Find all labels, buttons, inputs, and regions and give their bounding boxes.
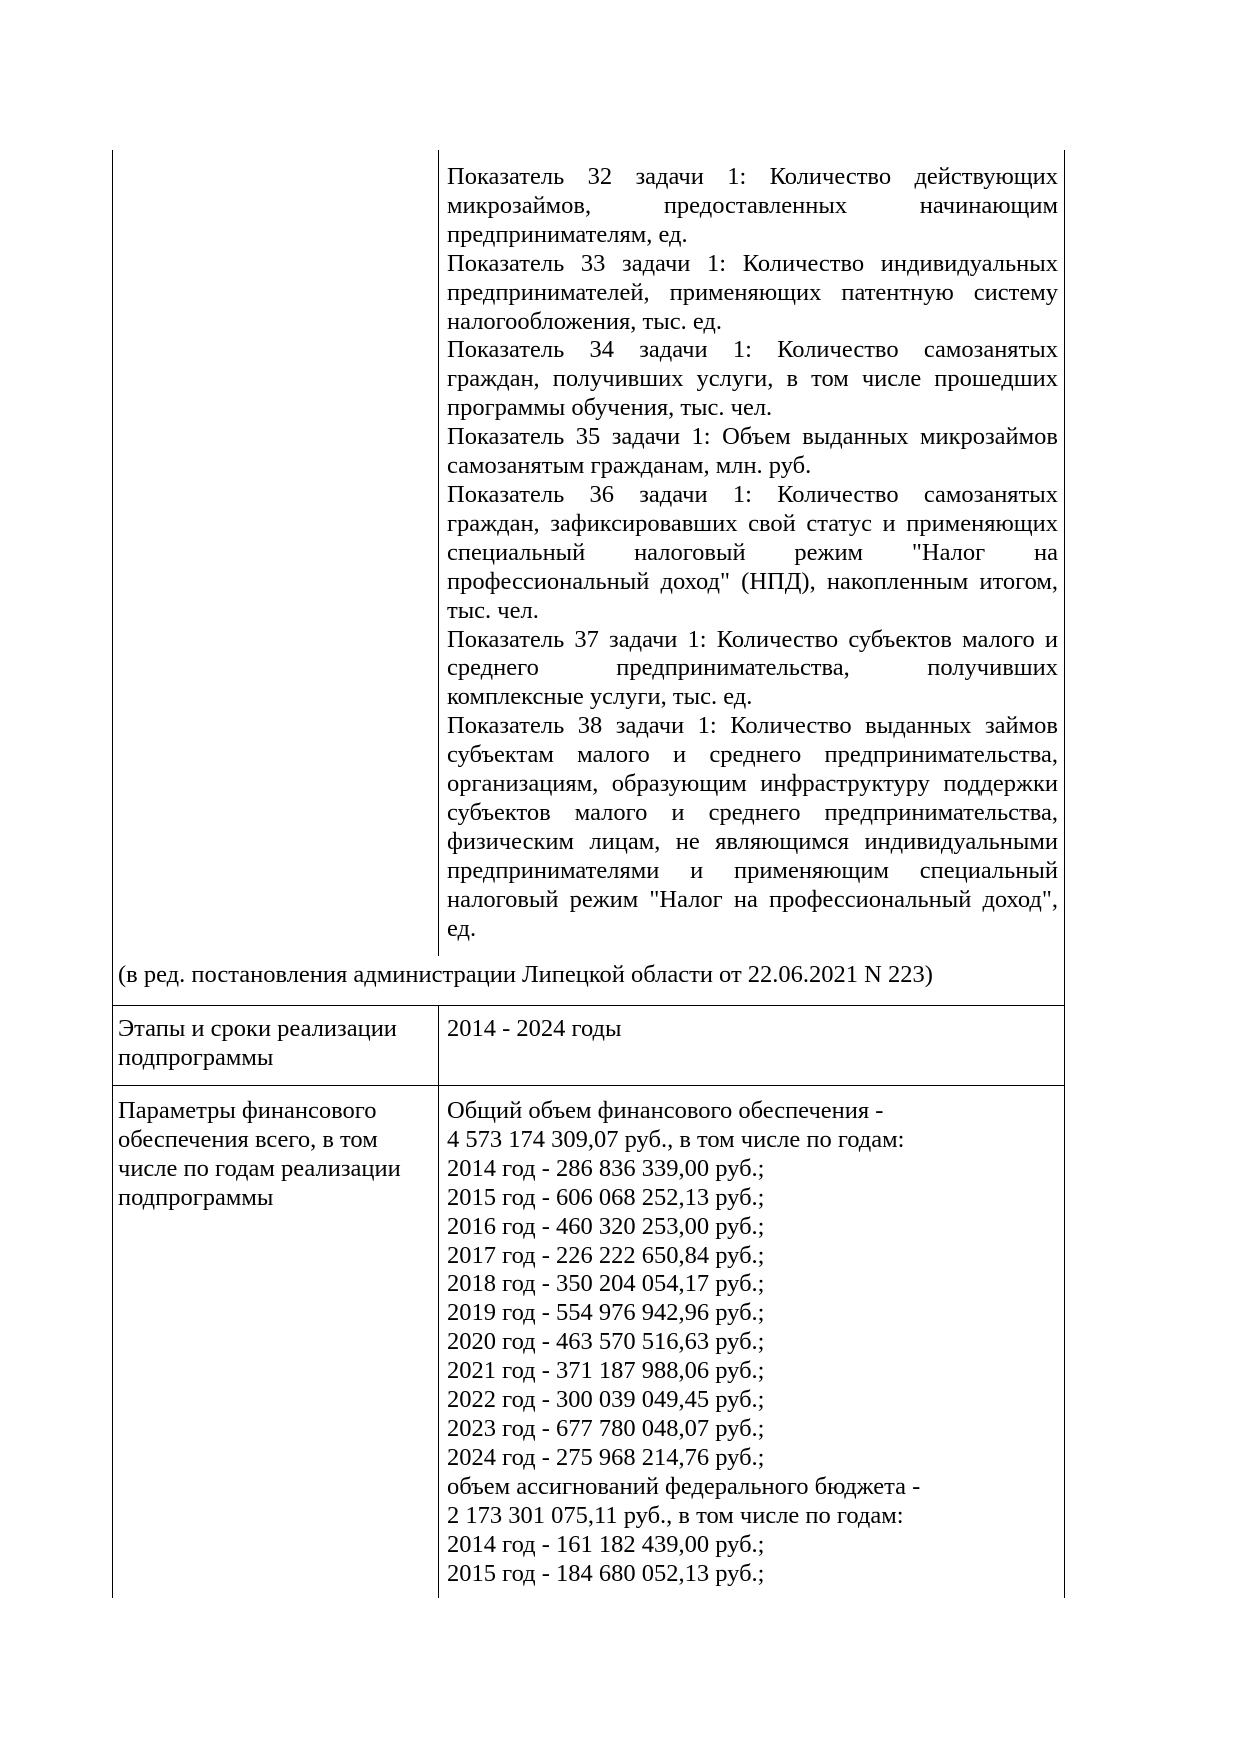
row-divider-2 [112, 1085, 1065, 1086]
indicator-36: Показатель 36 задачи 1: Количество самоз… [447, 481, 1058, 626]
financing-line: 4 573 174 309,07 руб., в том числе по го… [447, 1126, 1058, 1155]
table-border-left [112, 150, 113, 1598]
financing-values: Общий объем финансового обеспечения -4 5… [447, 1097, 1058, 1588]
amendment-note: (в ред. постановления администрации Липе… [118, 961, 1058, 990]
indicator-34: Показатель 34 задачи 1: Количество самоз… [447, 336, 1058, 423]
table-border-right [1064, 150, 1065, 1598]
financing-line: 2018 год - 350 204 054,17 руб.; [447, 1270, 1058, 1299]
financing-line: 2015 год - 184 680 052,13 руб.; [447, 1560, 1058, 1589]
indicator-33: Показатель 33 задачи 1: Количество индив… [447, 250, 1058, 337]
stages-label: Этапы и сроки реализации подпрограммы [118, 1015, 430, 1073]
column-divider-top [438, 150, 439, 956]
indicators-cell: Показатель 32 задачи 1: Количество дейст… [447, 163, 1058, 943]
financing-line: 2019 год - 554 976 942,96 руб.; [447, 1299, 1058, 1328]
financing-label: Параметры финансового обеспечения всего,… [118, 1097, 430, 1213]
indicator-38: Показатель 38 задачи 1: Количество выдан… [447, 712, 1058, 943]
stages-value: 2014 - 2024 годы [447, 1015, 1058, 1044]
financing-line: 2022 год - 300 039 049,45 руб.; [447, 1386, 1058, 1415]
stages-value-line: 2014 - 2024 годы [447, 1015, 1058, 1044]
financing-line: Общий объем финансового обеспечения - [447, 1097, 1058, 1126]
financing-line: 2020 год - 463 570 516,63 руб.; [447, 1328, 1058, 1357]
financing-line: 2024 год - 275 968 214,76 руб.; [447, 1444, 1058, 1473]
financing-line: 2016 год - 460 320 253,00 руб.; [447, 1213, 1058, 1242]
indicator-37: Показатель 37 задачи 1: Количество субъе… [447, 626, 1058, 713]
financing-line: объем ассигнований федерального бюджета … [447, 1473, 1058, 1502]
financing-line: 2017 год - 226 222 650,84 руб.; [447, 1242, 1058, 1271]
financing-line: 2014 год - 161 182 439,00 руб.; [447, 1531, 1058, 1560]
financing-line: 2 173 301 075,11 руб., в том числе по го… [447, 1502, 1058, 1531]
indicator-32: Показатель 32 задачи 1: Количество дейст… [447, 163, 1058, 250]
financing-line: 2023 год - 677 780 048,07 руб.; [447, 1415, 1058, 1444]
row-divider-1 [112, 1005, 1065, 1006]
financing-line: 2021 год - 371 187 988,06 руб.; [447, 1357, 1058, 1386]
indicator-35: Показатель 35 задачи 1: Объем выданных м… [447, 423, 1058, 481]
financing-line: 2015 год - 606 068 252,13 руб.; [447, 1184, 1058, 1213]
column-divider-bottom [438, 1005, 439, 1598]
financing-line: 2014 год - 286 836 339,00 руб.; [447, 1155, 1058, 1184]
